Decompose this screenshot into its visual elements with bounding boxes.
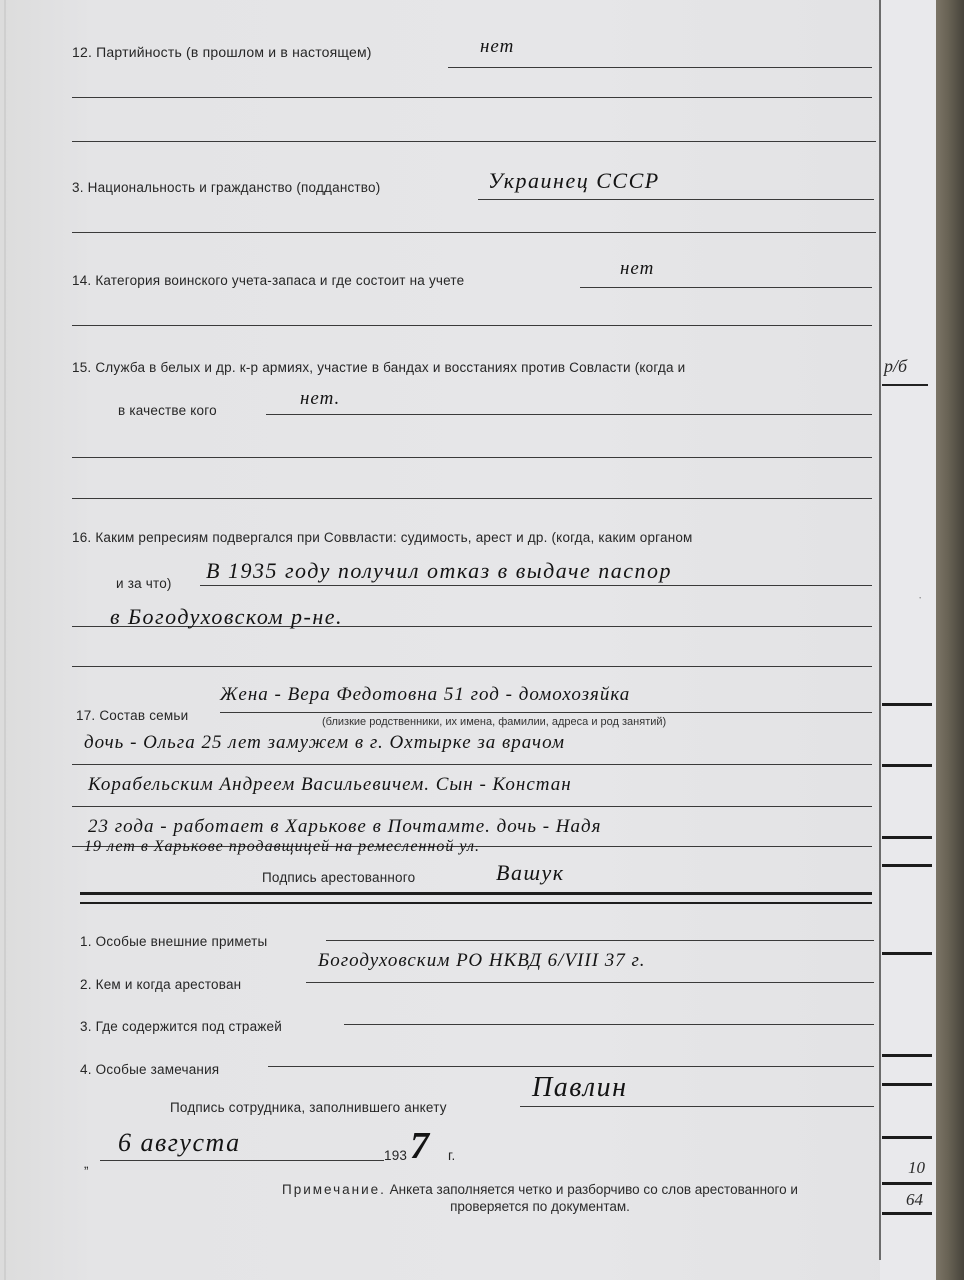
field-17-line-2 <box>72 764 872 765</box>
field-15-value: нет. <box>300 388 340 410</box>
blank-line <box>72 498 872 499</box>
field-17-value-line5: 19 лет в Харькове продавщицей на ремесле… <box>84 838 480 856</box>
margin-tick <box>882 836 932 839</box>
blank-line <box>72 232 876 233</box>
margin-underline <box>882 384 928 386</box>
margin-tick <box>882 1182 932 1185</box>
field-15-label-cont: в качестве кого <box>118 403 217 418</box>
field-13-value: Украинец СССР <box>488 168 660 194</box>
sec2-field-1-label: 1. Особые внешние приметы <box>80 934 267 949</box>
field-12-value: нет <box>480 36 514 58</box>
sec2-field-2-value: Богодуховским РО НКВД 6/VIII 37 г. <box>318 950 645 972</box>
document-page: 12. Партийность (в прошлом и в настоящем… <box>0 0 938 1280</box>
blank-line <box>72 325 872 326</box>
field-16-line <box>200 585 872 586</box>
field-12-label: 12. Партийность (в прошлом и в настоящем… <box>72 44 372 60</box>
date-quote: „ <box>84 1156 89 1171</box>
margin-mark: · <box>918 590 922 606</box>
margin-tick <box>882 1054 932 1057</box>
field-16-label: 16. Каким репресиям подвергался при Совв… <box>72 530 693 545</box>
margin-rule <box>879 0 881 1260</box>
date-year-prefix: 193 <box>384 1148 407 1163</box>
date-line <box>100 1160 384 1161</box>
field-17-line <box>220 712 872 713</box>
field-16-value-line1: В 1935 году получил отказ в выдаче паспо… <box>206 558 672 584</box>
field-17-line-3 <box>72 806 872 807</box>
field-16-value-line2: в Богодуховском р-не. <box>110 604 343 630</box>
field-17-value-line2: дочь - Ольга 25 лет замужем в г. Охтырке… <box>84 732 565 754</box>
sec2-field-3-line <box>344 1024 874 1025</box>
page-edge <box>4 0 6 1280</box>
field-14-label: 14. Категория воинского учета-запаса и г… <box>72 273 464 288</box>
sec2-field-3-label: 3. Где содержится под стражей <box>80 1019 282 1034</box>
officer-signature-label: Подпись сотрудника, заполнившего анкету <box>170 1100 447 1115</box>
section-divider <box>80 902 872 904</box>
margin-tick <box>882 764 932 767</box>
right-margin <box>880 0 938 1280</box>
sec2-field-4-label: 4. Особые замечания <box>80 1062 219 1077</box>
sec2-field-2-line <box>306 982 874 983</box>
arrested-signature-label: Подпись арестованного <box>262 870 415 885</box>
margin-tick <box>882 1083 932 1086</box>
date-g: г. <box>448 1148 455 1163</box>
binder-edge <box>936 0 964 1280</box>
blank-line <box>72 457 872 458</box>
blank-line <box>72 666 872 667</box>
field-17-sublabel: (близкие родственники, их имена, фамилии… <box>322 716 666 728</box>
arrested-signature: Вашук <box>496 860 565 886</box>
margin-tick <box>882 703 932 706</box>
field-17-value-line1: Жена - Вера Федотовна 51 год - домохозяй… <box>220 684 630 706</box>
field-16-label-cont: и за что) <box>116 576 172 591</box>
field-14-line <box>580 287 872 288</box>
field-17-value-line4: 23 года - работает в Харькове в Почтамте… <box>88 816 601 838</box>
sec2-field-2-label: 2. Кем и когда арестован <box>80 977 241 992</box>
blank-line <box>72 141 876 142</box>
margin-tick <box>882 952 932 955</box>
field-15-label: 15. Служба в белых и др. к-р армиях, уча… <box>72 360 685 375</box>
date-day-month: 6 августа <box>118 1128 241 1158</box>
margin-page-a: 10 <box>908 1158 925 1178</box>
field-14-value: нет <box>620 258 654 280</box>
sec2-field-1-line <box>326 940 874 941</box>
date-year-suffix: 7 <box>410 1124 431 1168</box>
blank-line <box>72 97 872 98</box>
officer-signature-line <box>520 1106 874 1107</box>
field-17-value-line3: Корабельским Андреем Васильевичем. Сын -… <box>88 774 572 796</box>
sec2-field-4-line <box>268 1066 874 1067</box>
field-15-line <box>266 414 872 415</box>
margin-tick <box>882 1212 932 1215</box>
margin-note-15: р/б <box>884 356 907 377</box>
field-12-line <box>448 67 872 68</box>
field-13-line <box>478 199 874 200</box>
margin-page-b: 64 <box>906 1190 923 1210</box>
margin-tick <box>882 1136 932 1139</box>
field-17-label: 17. Состав семьи <box>76 708 188 723</box>
officer-signature: Павлин <box>532 1072 627 1104</box>
section-divider <box>80 892 872 895</box>
form-note: Примечание. Анкета заполняется четко и р… <box>190 1181 890 1215</box>
margin-tick <box>882 864 932 867</box>
field-13-label: 3. Национальность и гражданство (подданс… <box>72 180 380 195</box>
